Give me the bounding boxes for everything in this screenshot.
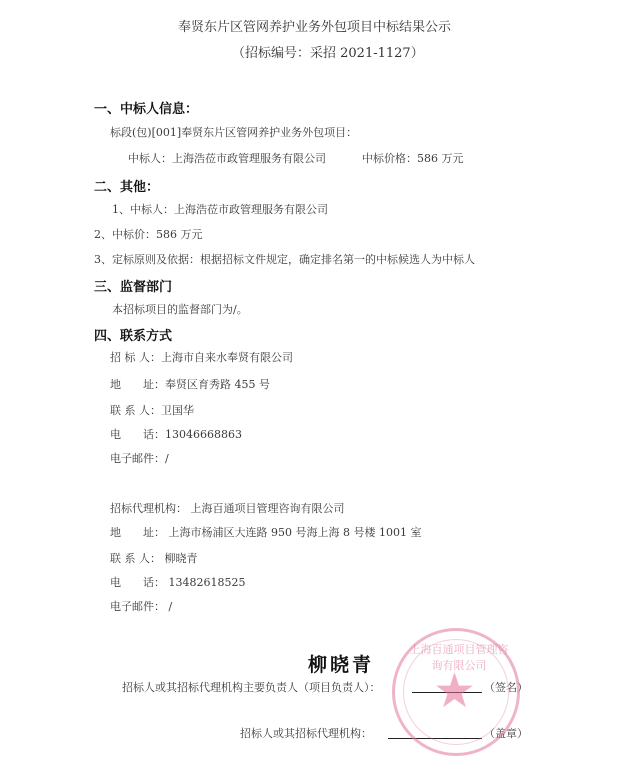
- supervision-text: 本招标项目的监督部门为/。: [112, 301, 248, 317]
- section-heading-supervision: 三、监督部门: [94, 276, 172, 295]
- document-title: 奉贤东片区管网养护业务外包项目中标结果公示: [178, 16, 451, 35]
- address-label: 地 址：: [110, 376, 165, 392]
- agency-contact: 柳晓青: [165, 552, 198, 565]
- tenderer-address: 奉贤区育秀路 455 号: [165, 378, 270, 391]
- other-item-3: 3、定标原则及依据：根据招标文件规定，确定排名第一的中标候选人为中标人: [94, 251, 475, 267]
- agency-phone-row: 电 话： 13482618525: [110, 574, 245, 590]
- tenderer-email-row: 电子邮件：/: [110, 450, 169, 466]
- agency-row: 招标代理机构： 上海百通项目管理咨询有限公司: [110, 500, 345, 516]
- agency-name: 上海百通项目管理咨询有限公司: [191, 502, 345, 515]
- lot-description: 标段(包)[001]奉贤东片区管网养护业务外包项目：: [110, 124, 357, 140]
- company-seal-stamp: 上海百通项目管理咨询有限公司 ★: [392, 628, 520, 756]
- tender-number: （招标编号：采招 2021-1127）: [232, 42, 424, 61]
- tenderer-label: 招 标 人：: [110, 349, 161, 365]
- section-heading-winner-info: 一、中标人信息：: [94, 98, 198, 117]
- email-label: 电子邮件：: [110, 450, 165, 466]
- seal-label: 招标人或其招标代理机构：: [240, 725, 372, 741]
- agency-contact-row: 联 系 人： 柳晓青: [110, 550, 198, 566]
- winner-price: 中标价格：586 万元: [362, 150, 464, 166]
- section-heading-other: 二、其他：: [94, 176, 159, 195]
- email-label: 电子邮件：: [110, 598, 165, 614]
- tenderer-name: 上海市自来水奉贤有限公司: [161, 351, 293, 364]
- section-heading-contact: 四、联系方式: [94, 325, 172, 344]
- tenderer-contact-row: 联 系 人：卫国华: [110, 402, 194, 418]
- tenderer-phone-row: 电 话：13046668863: [110, 426, 242, 442]
- address-label: 地 址：: [110, 524, 165, 540]
- star-icon: ★: [433, 667, 476, 715]
- phone-label: 电 话：: [110, 426, 165, 442]
- agency-label: 招标代理机构：: [110, 500, 187, 516]
- agency-email: /: [169, 600, 173, 613]
- tenderer-address-row: 地 址：奉贤区育秀路 455 号: [110, 376, 270, 392]
- handwritten-signature: 柳晓青: [308, 650, 374, 677]
- tenderer-contact: 卫国华: [161, 404, 194, 417]
- tenderer-row: 招 标 人：上海市自来水奉贤有限公司: [110, 349, 293, 365]
- tenderer-phone: 13046668863: [165, 428, 242, 441]
- contact-label: 联 系 人：: [110, 550, 161, 566]
- other-item-2: 2、中标价：586 万元: [94, 226, 203, 242]
- signature-label: 招标人或其招标代理机构主要负责人（项目负责人）：: [122, 679, 381, 695]
- contact-label: 联 系 人：: [110, 402, 161, 418]
- agency-address-row: 地 址： 上海市杨浦区大连路 950 号海上海 8 号楼 1001 室: [110, 524, 421, 540]
- winner-name: 中标人：上海浩莅市政管理服务有限公司: [128, 150, 326, 166]
- agency-phone: 13482618525: [169, 576, 246, 589]
- other-item-1: 1、中标人：上海浩莅市政管理服务有限公司: [112, 201, 328, 217]
- tenderer-email: /: [165, 452, 169, 465]
- agency-email-row: 电子邮件： /: [110, 598, 172, 614]
- phone-label: 电 话：: [110, 574, 165, 590]
- agency-address: 上海市杨浦区大连路 950 号海上海 8 号楼 1001 室: [169, 526, 422, 539]
